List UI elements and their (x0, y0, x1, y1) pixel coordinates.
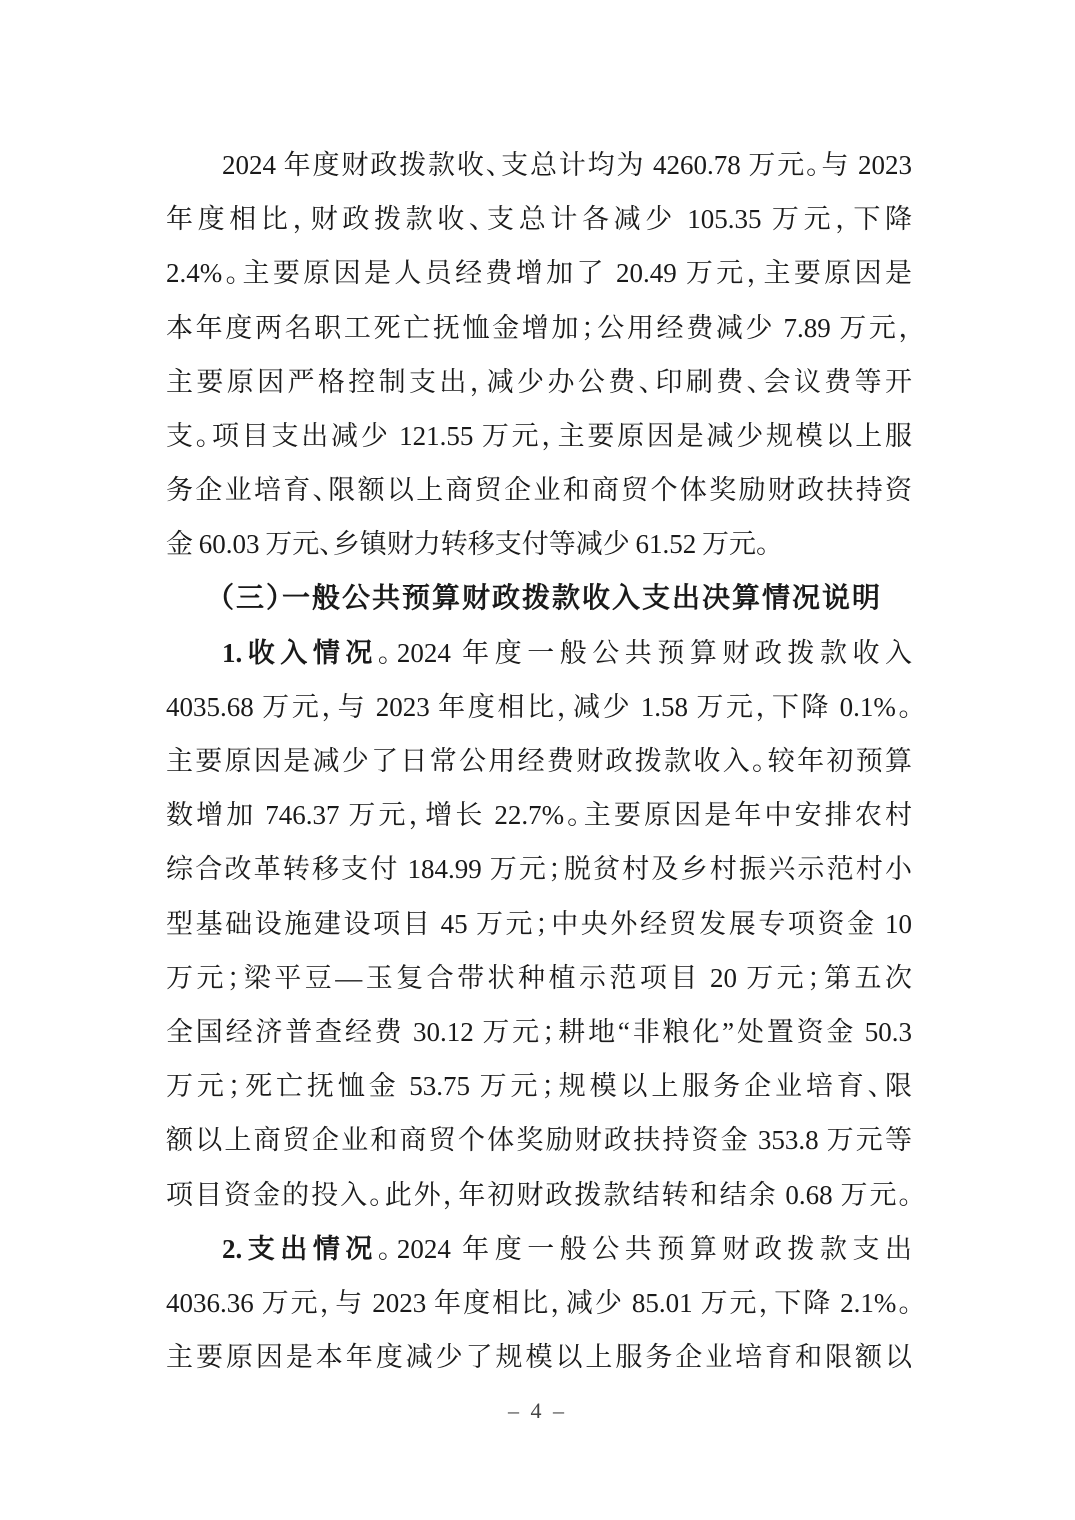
item-number-label: 1.收入情况 (222, 638, 378, 668)
paragraph-line: 4035.68 万元，与 2023 年度相比，减少 1.58 万元，下降 0.1… (166, 680, 912, 734)
item-number-label: 2.支出情况 (222, 1234, 378, 1264)
paragraph-line: 务企业培育、限额以上商贸企业和商贸个体奖励财政扶持资 (166, 463, 912, 517)
paragraph-line: 综合改革转移支付 184.99 万元；脱贫村及乡村振兴示范村小 (166, 842, 912, 896)
document-page: 2024 年度财政拨款收、支总计均为 4260.78 万元。与 2023 年度相… (0, 0, 1075, 1520)
page-number: – 4 – (0, 1398, 1075, 1424)
paragraph-line: 主要原因严格控制支出，减少办公费、印刷费、会议费等开 (166, 355, 912, 409)
paragraph-line: 万元；梁平豆—玉复合带状种植示范项目 20 万元；第五次 (166, 951, 912, 1005)
paragraph-line: 额以上商贸企业和商贸个体奖励财政扶持资金 353.8 万元等 (166, 1113, 912, 1167)
section-heading: （三）一般公共预算财政拨款收入支出决算情况说明 (166, 572, 912, 626)
paragraph-line: 全国经济普查经费 30.12 万元；耕地“非粮化”处置资金 50.3 (166, 1005, 912, 1059)
paragraph-line: 数增加 746.37 万元，增长 22.7%。主要原因是年中安排农村 (166, 788, 912, 842)
paragraph-line: 2.4%。主要原因是人员经费增加了 20.49 万元，主要原因是 (166, 246, 912, 300)
line-text: 。2024 年度一般公共预算财政拨款收入 (378, 638, 912, 668)
paragraph-line: 4036.36 万元，与 2023 年度相比，减少 85.01 万元，下降 2.… (166, 1276, 912, 1330)
paragraph-line: 万元；死亡抚恤金 53.75 万元；规模以上服务企业培育、限 (166, 1059, 912, 1113)
paragraph-line: 型基础设施建设项目 45 万元；中央外经贸发展专项资金 10 (166, 897, 912, 951)
paragraph-line: 主要原因是减少了日常公用经费财政拨款收入。较年初预算 (166, 734, 912, 788)
paragraph-line: 支。项目支出减少 121.55 万元，主要原因是减少规模以上服 (166, 409, 912, 463)
paragraph-line: 1.收入情况。2024 年度一般公共预算财政拨款收入 (166, 626, 912, 680)
paragraph-line: 年度相比，财政拨款收、支总计各减少 105.35 万元，下降 (166, 192, 912, 246)
paragraph-line: 金 60.03 万元、乡镇财力转移支付等减少 61.52 万元。 (166, 517, 912, 571)
line-text: 。2024 年度一般公共预算财政拨款支出 (378, 1234, 912, 1264)
document-body: 2024 年度财政拨款收、支总计均为 4260.78 万元。与 2023 年度相… (166, 138, 912, 1384)
paragraph-line: 本年度两名职工死亡抚恤金增加；公用经费减少 7.89 万元， (166, 301, 912, 355)
paragraph-line: 2.支出情况。2024 年度一般公共预算财政拨款支出 (166, 1222, 912, 1276)
paragraph-line: 主要原因是本年度减少了规模以上服务企业培育和限额以 (166, 1330, 912, 1384)
paragraph-line: 项目资金的投入。此外，年初财政拨款结转和结余 0.68 万元。 (166, 1168, 912, 1222)
paragraph-line: 2024 年度财政拨款收、支总计均为 4260.78 万元。与 2023 (166, 138, 912, 192)
